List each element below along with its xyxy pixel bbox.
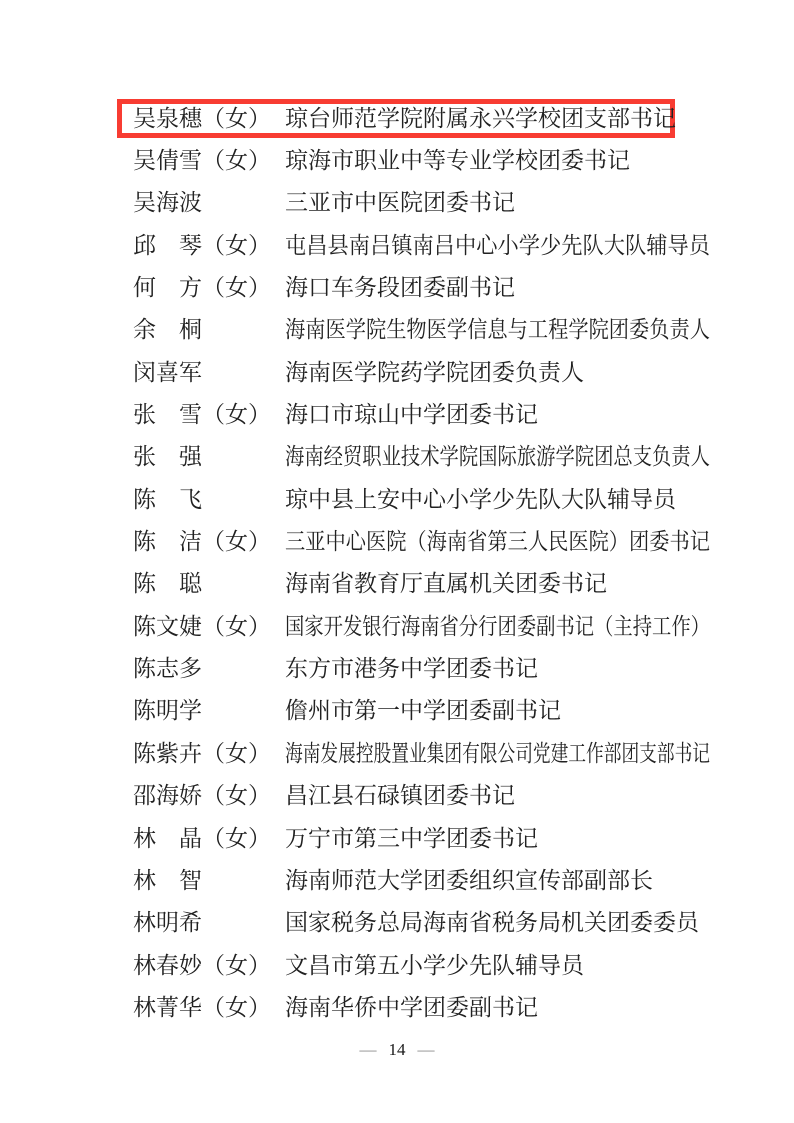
footer-dash-left: — xyxy=(360,1040,377,1059)
document-page: 吴泉穗（女） 琼台师范学院附属永兴学校团支部书记 吴倩雪（女） 琼海市职业中等专… xyxy=(0,0,794,1123)
page-footer: —14— xyxy=(0,1040,794,1060)
recipient-position: 三亚市中医院团委书记 xyxy=(285,191,515,214)
recipient-name: 余 桐 xyxy=(133,318,285,341)
recipient-name: 吴海波 xyxy=(133,191,285,214)
recipient-name: 吴倩雪（女） xyxy=(133,149,285,172)
recipient-position: 屯昌县南吕镇南吕中心小学少先队大队辅导员 xyxy=(285,234,710,257)
recipient-position: 琼中县上安中心小学少先队大队辅导员 xyxy=(285,488,676,511)
list-item: 林 晶（女） 万宁市第三中学团委书记 xyxy=(133,817,794,859)
recipient-position: 国家开发银行海南省分行团委副书记（主持工作） xyxy=(285,615,710,638)
recipient-name: 陈 飞 xyxy=(133,488,285,511)
recipient-name: 林 晶（女） xyxy=(133,827,285,850)
recipient-name: 闵喜军 xyxy=(133,361,285,384)
recipient-name: 林春妙（女） xyxy=(133,954,285,977)
recipient-position: 万宁市第三中学团委书记 xyxy=(285,827,538,850)
recipient-position: 文昌市第五小学少先队辅导员 xyxy=(285,954,584,977)
recipient-position: 海南华侨中学团委副书记 xyxy=(285,996,538,1019)
list-item: 邵海娇（女） 昌江县石碌镇团委书记 xyxy=(133,775,794,817)
recipient-name: 林明希 xyxy=(133,911,285,934)
list-item: 张 雪（女） 海口市琼山中学团委书记 xyxy=(133,393,794,435)
list-item: 陈文婕（女） 国家开发银行海南省分行团委副书记（主持工作） xyxy=(133,605,794,647)
recipient-position: 海南经贸职业技术学院国际旅游学院团总支负责人 xyxy=(285,445,710,468)
recipient-position: 东方市港务中学团委书记 xyxy=(285,657,538,680)
list-item: 吴倩雪（女） 琼海市职业中等专业学校团委书记 xyxy=(133,139,794,181)
list-item: 邱 琴（女） 屯昌县南吕镇南吕中心小学少先队大队辅导员 xyxy=(133,224,794,266)
recipient-position: 昌江县石碌镇团委书记 xyxy=(285,784,515,807)
recipient-position: 海口市琼山中学团委书记 xyxy=(285,403,538,426)
list-item: 余 桐 海南医学院生物医学信息与工程学院团委负责人 xyxy=(133,309,794,351)
list-item: 闵喜军 海南医学院药学院团委负责人 xyxy=(133,351,794,393)
list-item: 吴泉穗（女） 琼台师范学院附属永兴学校团支部书记 xyxy=(133,97,794,139)
recipient-name: 邱 琴（女） xyxy=(133,234,285,257)
list-item: 陈 聪 海南省教育厅直属机关团委书记 xyxy=(133,563,794,605)
recipient-name: 林菁华（女） xyxy=(133,996,285,1019)
recipient-position: 国家税务总局海南省税务局机关团委委员 xyxy=(285,911,699,934)
recipient-position: 海南医学院生物医学信息与工程学院团委负责人 xyxy=(285,318,710,341)
list-item: 陈紫卉（女） 海南发展控股置业集团有限公司党建工作部团支部书记 xyxy=(133,732,794,774)
recipient-name: 林 智 xyxy=(133,869,285,892)
list-item: 林菁华（女） 海南华侨中学团委副书记 xyxy=(133,986,794,1028)
list-item: 陈 洁（女） 三亚中心医院（海南省第三人民医院）团委书记 xyxy=(133,520,794,562)
recipient-name: 陈 洁（女） xyxy=(133,530,285,553)
page-number: 14 xyxy=(389,1040,406,1059)
recipient-position: 海南医学院药学院团委负责人 xyxy=(285,361,584,384)
recipient-name: 张 强 xyxy=(133,445,285,468)
list-item: 陈明学 儋州市第一中学团委副书记 xyxy=(133,690,794,732)
recipient-name: 吴泉穗（女） xyxy=(133,107,285,130)
list-item: 林春妙（女） 文昌市第五小学少先队辅导员 xyxy=(133,944,794,986)
recipient-position: 海南师范大学团委组织宣传部副部长 xyxy=(285,869,653,892)
recipient-name: 陈志多 xyxy=(133,657,285,680)
list-item: 张 强 海南经贸职业技术学院国际旅游学院团总支负责人 xyxy=(133,436,794,478)
recipient-position: 海南省教育厅直属机关团委书记 xyxy=(285,572,607,595)
recipient-name: 陈 聪 xyxy=(133,572,285,595)
list-item: 林明希 国家税务总局海南省税务局机关团委委员 xyxy=(133,902,794,944)
list-item: 吴海波 三亚市中医院团委书记 xyxy=(133,182,794,224)
recipient-name: 陈文婕（女） xyxy=(133,615,285,638)
recipient-list: 吴泉穗（女） 琼台师范学院附属永兴学校团支部书记 吴倩雪（女） 琼海市职业中等专… xyxy=(133,97,794,1029)
list-item: 何 方（女） 海口车务段团委副书记 xyxy=(133,266,794,308)
recipient-position: 海南发展控股置业集团有限公司党建工作部团支部书记 xyxy=(285,742,710,765)
recipient-position: 海口车务段团委副书记 xyxy=(285,276,515,299)
recipient-name: 何 方（女） xyxy=(133,276,285,299)
recipient-position: 琼台师范学院附属永兴学校团支部书记 xyxy=(285,107,676,130)
recipient-name: 邵海娇（女） xyxy=(133,784,285,807)
recipient-position: 三亚中心医院（海南省第三人民医院）团委书记 xyxy=(285,530,710,553)
recipient-position: 琼海市职业中等专业学校团委书记 xyxy=(285,149,630,172)
list-item: 陈志多 东方市港务中学团委书记 xyxy=(133,647,794,689)
list-item: 林 智 海南师范大学团委组织宣传部副部长 xyxy=(133,859,794,901)
footer-dash-right: — xyxy=(418,1040,435,1059)
list-item: 陈 飞 琼中县上安中心小学少先队大队辅导员 xyxy=(133,478,794,520)
recipient-name: 陈紫卉（女） xyxy=(133,742,285,765)
recipient-name: 陈明学 xyxy=(133,699,285,722)
recipient-name: 张 雪（女） xyxy=(133,403,285,426)
recipient-position: 儋州市第一中学团委副书记 xyxy=(285,699,561,722)
